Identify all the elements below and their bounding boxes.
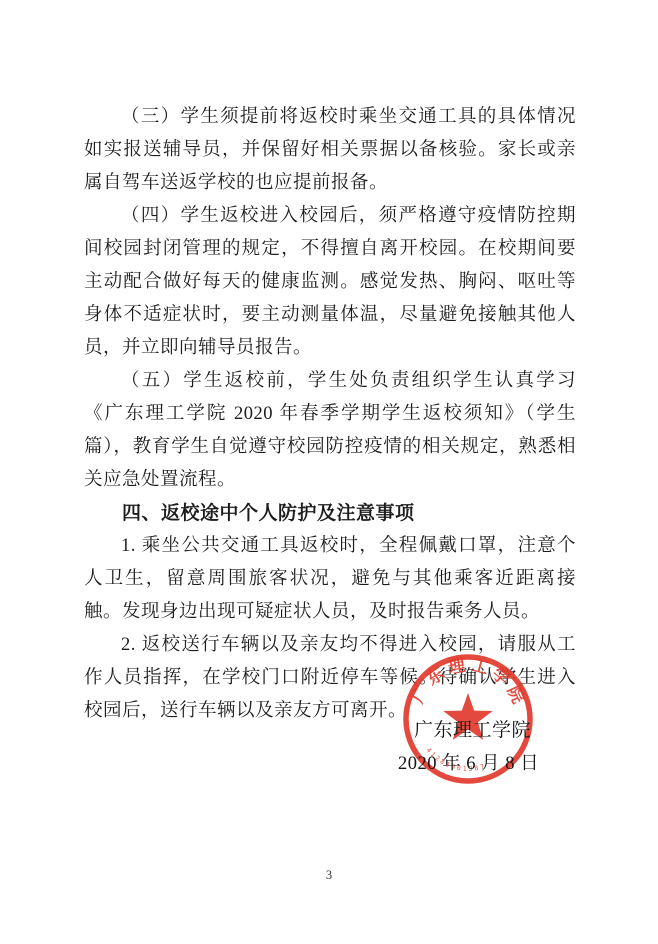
list-item-1: 1. 乘坐公共交通工具返校时，全程佩戴口罩，注意个人卫生，留意周围旅客状况，避免… bbox=[84, 530, 576, 629]
signature-organization: 广东理工学院 bbox=[414, 719, 531, 743]
page-number: 3 bbox=[0, 868, 658, 883]
paragraph-item-3: （三）学生须提前将返校时乘坐交通工具的具体情况如实报送辅导员，并保留好相关票据以… bbox=[84, 101, 576, 200]
document-page: （三）学生须提前将返校时乘坐交通工具的具体情况如实报送辅导员，并保留好相关票据以… bbox=[0, 0, 658, 944]
section-heading-4: 四、返校途中个人防护及注意事项 bbox=[84, 497, 576, 530]
document-body: （三）学生须提前将返校时乘坐交通工具的具体情况如实报送辅导员，并保留好相关票据以… bbox=[84, 101, 576, 728]
paragraph-item-4: （四）学生返校进入校园后，须严格遵守疫情防控期间校园封闭管理的规定，不得擅自离开… bbox=[84, 200, 576, 365]
signature-date: 2020 年 6 月 8 日 bbox=[398, 752, 539, 776]
paragraph-item-5: （五）学生返校前，学生处负责组织学生认真学习《广东理工学院 2020 年春季学期… bbox=[84, 365, 576, 497]
